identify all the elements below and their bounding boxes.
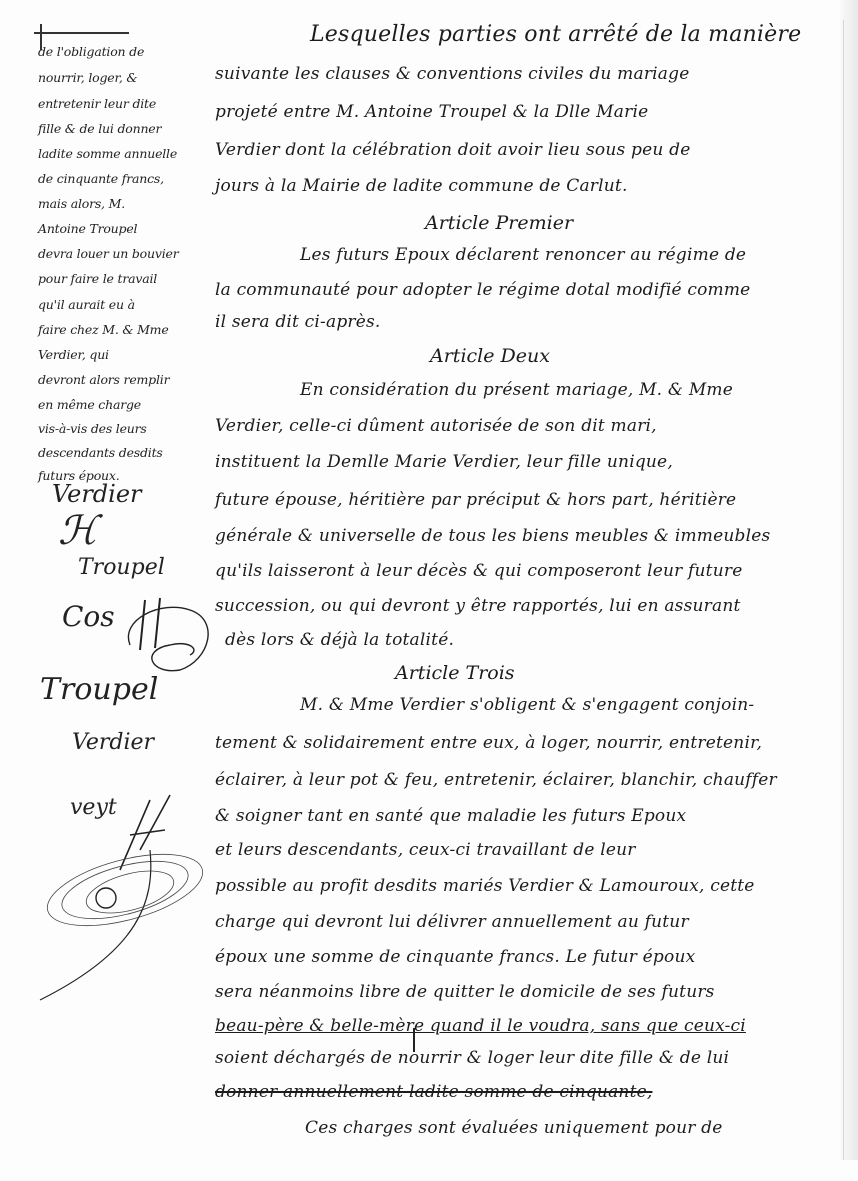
article-1-line: Les futurs Epoux déclarent renoncer au r…	[300, 245, 746, 265]
article-2-line: En considération du présent mariage, M. …	[300, 380, 733, 400]
article-2-line: qu'ils laisseront à leur décès & qui com…	[215, 561, 742, 581]
signature-verdier: Verdier	[52, 480, 142, 508]
article-2-line: future épouse, héritière par préciput & …	[215, 490, 736, 510]
margin-note-line: devront alors remplir	[38, 372, 169, 387]
article-3-line: & soigner tant en santé que maladie les …	[215, 806, 686, 826]
margin-note-line: ladite somme annuelle	[38, 146, 177, 161]
article-3-line: éclairer, à leur pot & feu, entretenir, …	[215, 770, 777, 790]
page-edge-line	[843, 20, 844, 1160]
margin-note-line: vis-à-vis des leurs	[38, 421, 147, 436]
signature-troupel-2: Troupel	[40, 672, 158, 707]
margin-note-line: en même charge	[38, 397, 141, 412]
body-line: jours à la Mairie de ladite commune de C…	[215, 176, 628, 196]
article-3-line: Ces charges sont évaluées uniquement pou…	[305, 1118, 723, 1138]
document-page: de l'obligation de nourrir, loger, & ent…	[0, 0, 858, 1181]
margin-note-line: de l'obligation de	[38, 44, 144, 59]
article-1-line: la communauté pour adopter le régime dot…	[215, 280, 750, 300]
body-line: projeté entre M. Antoine Troupel & la Dl…	[215, 102, 648, 122]
article-heading-1: Article Premier	[425, 212, 573, 234]
article-3-line: tement & solidairement entre eux, à loge…	[215, 733, 762, 753]
body-line: Verdier dont la célébration doit avoir l…	[215, 140, 690, 160]
article-heading-2: Article Deux	[430, 345, 550, 367]
article-1-line: il sera dit ci-après.	[215, 312, 381, 332]
margin-note-line: Verdier, qui	[38, 347, 109, 362]
article-3-line: sera néanmoins libre de quitter le domic…	[215, 982, 715, 1002]
article-2-line: instituent la Demlle Marie Verdier, leur…	[215, 452, 673, 472]
margin-note-line: entretenir leur dite	[38, 96, 156, 111]
signature-scribble-flourish	[30, 840, 210, 1010]
article-heading-3: Article Trois	[395, 662, 515, 684]
article-3-line-struck: donner annuellement ladite somme de cinq…	[215, 1082, 652, 1102]
article-2-line: Verdier, celle-ci dûment autorisée de so…	[215, 416, 657, 436]
margin-note-line: fille & de lui donner	[38, 121, 161, 136]
margin-note-line: faire chez M. & Mme	[38, 322, 169, 337]
margin-note-line: Antoine Troupel	[38, 221, 137, 236]
body-line: suivante les clauses & conventions civil…	[215, 64, 689, 84]
article-3-line-partial-struck: soient déchargés de nourrir & loger leur…	[215, 1048, 729, 1068]
margin-note-line: mais alors, M.	[38, 196, 125, 211]
signature-verdier-2: Verdier	[72, 730, 154, 755]
margin-rule	[34, 32, 129, 34]
article-3-line: M. & Mme Verdier s'obligent & s'engagent…	[300, 695, 754, 715]
article-3-line: charge qui devront lui délivrer annuelle…	[215, 912, 689, 932]
signature-initial-h: ℋ	[58, 508, 98, 554]
article-2-line: succession, ou qui devront y être rappor…	[215, 596, 741, 616]
margin-note-line: devra louer un bouvier	[38, 246, 178, 261]
article-2-line: dès lors & déjà la totalité.	[225, 630, 454, 650]
margin-note-line: nourrir, loger, &	[38, 70, 137, 85]
margin-note-line: de cinquante francs,	[38, 171, 164, 186]
margin-note-line: pour faire le travail	[38, 271, 157, 286]
margin-note-line: qu'il aurait eu à	[38, 297, 135, 312]
article-3-line: beau-père & belle-mère quand il le voudr…	[215, 1016, 746, 1036]
article-3-line: et leurs descendants, ceux-ci travaillan…	[215, 840, 636, 860]
body-line-opening: Lesquelles parties ont arrêté de la mani…	[310, 22, 801, 47]
article-2-line: générale & universelle de tous les biens…	[215, 526, 770, 546]
article-3-line: époux une somme de cinquante francs. Le …	[215, 947, 695, 967]
article-3-line: possible au profit desdits mariés Verdie…	[215, 876, 755, 896]
signature-troupel-1: Troupel	[78, 555, 165, 580]
margin-note-line: descendants desdits	[38, 445, 163, 460]
